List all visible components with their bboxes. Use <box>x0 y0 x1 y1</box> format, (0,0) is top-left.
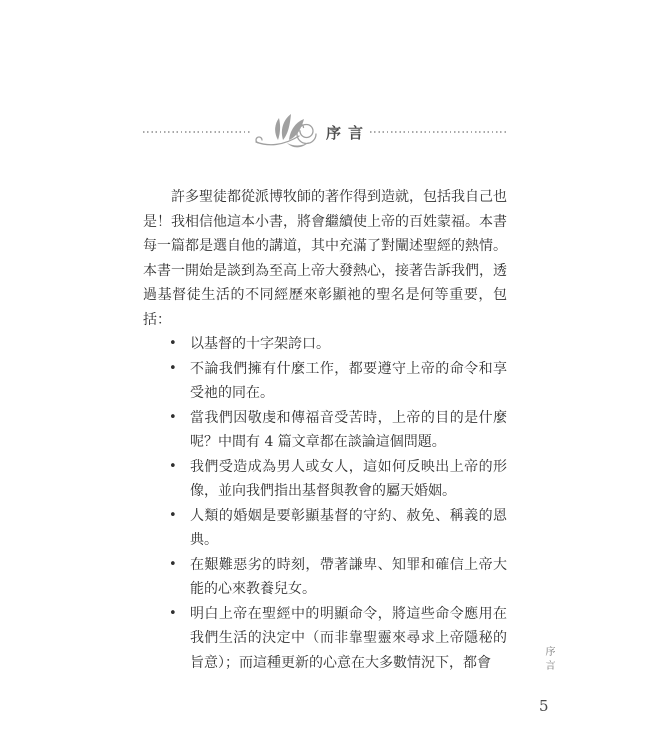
bullet-text: 不論我們擁有什麼工作，都要遵守上帝的命令和享受祂的同在。 <box>190 361 507 402</box>
preface-body: 許多聖徒都從派博牧師的著作得到造就，包括我自己也是！我相信他這本小書，將會繼續使… <box>143 185 507 675</box>
bullet-item: • 以基督的十字架誇口。 <box>143 332 507 357</box>
preface-paragraph: 許多聖徒都從派博牧師的著作得到造就，包括我自己也是！我相信他這本小書，將會繼續使… <box>143 185 507 332</box>
bullet-icon: • <box>169 332 177 357</box>
bullet-text: 在艱難惡劣的時刻，帶著謙卑、知罪和確信上帝大能的心來教養兒女。 <box>190 557 507 598</box>
page-header: 序言 <box>143 112 506 152</box>
page-title: 序言 <box>326 122 370 143</box>
bullet-icon: • <box>169 602 177 627</box>
bullet-text: 我們受造成為男人或女人，這如何反映出上帝的形像，並向我們指出基督與教會的屬天婚姻… <box>190 459 507 500</box>
bullet-text: 以基督的十字架誇口。 <box>190 336 330 352</box>
bullet-item: • 明白上帝在聖經中的明顯命令，將這些命令應用在我們生活的決定中（而非靠聖靈來尋… <box>143 602 507 676</box>
dotted-rule-right <box>370 131 506 133</box>
bullet-item: • 人類的婚姻是要彰顯基督的守約、赦免、稱義的恩典。 <box>143 504 507 553</box>
bullet-text: 人類的婚姻是要彰顯基督的守約、赦免、稱義的恩典。 <box>190 508 507 549</box>
book-page: 序言 許多聖徒都從派博牧師的著作得到造就，包括我自己也是！我相信他這本小書，將會… <box>0 0 650 750</box>
bullet-icon: • <box>169 406 177 431</box>
bullet-item: • 當我們因敬虔和傳福音受苦時，上帝的目的是什麼呢？中間有 4 篇文章都在談論這… <box>143 406 507 455</box>
floral-flourish-icon <box>253 113 319 151</box>
bullet-item: • 在艱難惡劣的時刻，帶著謙卑、知罪和確信上帝大能的心來教養兒女。 <box>143 553 507 602</box>
bullet-icon: • <box>169 504 177 529</box>
bullet-icon: • <box>169 553 177 578</box>
bullet-item: • 不論我們擁有什麼工作，都要遵守上帝的命令和享受祂的同在。 <box>143 357 507 406</box>
page-number: 5 <box>539 697 549 715</box>
bullet-text: 明白上帝在聖經中的明顯命令，將這些命令應用在我們生活的決定中（而非靠聖靈來尋求上… <box>190 606 507 671</box>
bullet-icon: • <box>169 357 177 382</box>
bullet-text: 當我們因敬虔和傳福音受苦時，上帝的目的是什麼呢？中間有 4 篇文章都在談論這個問… <box>190 410 507 451</box>
bullet-icon: • <box>169 455 177 480</box>
dotted-rule-left <box>143 131 251 133</box>
bullet-item: • 我們受造成為男人或女人，這如何反映出上帝的形像，並向我們指出基督與教會的屬天… <box>143 455 507 504</box>
running-title-vertical: 序言 <box>541 646 556 674</box>
bullet-list: • 以基督的十字架誇口。 • 不論我們擁有什麼工作，都要遵守上帝的命令和享受祂的… <box>143 332 507 675</box>
